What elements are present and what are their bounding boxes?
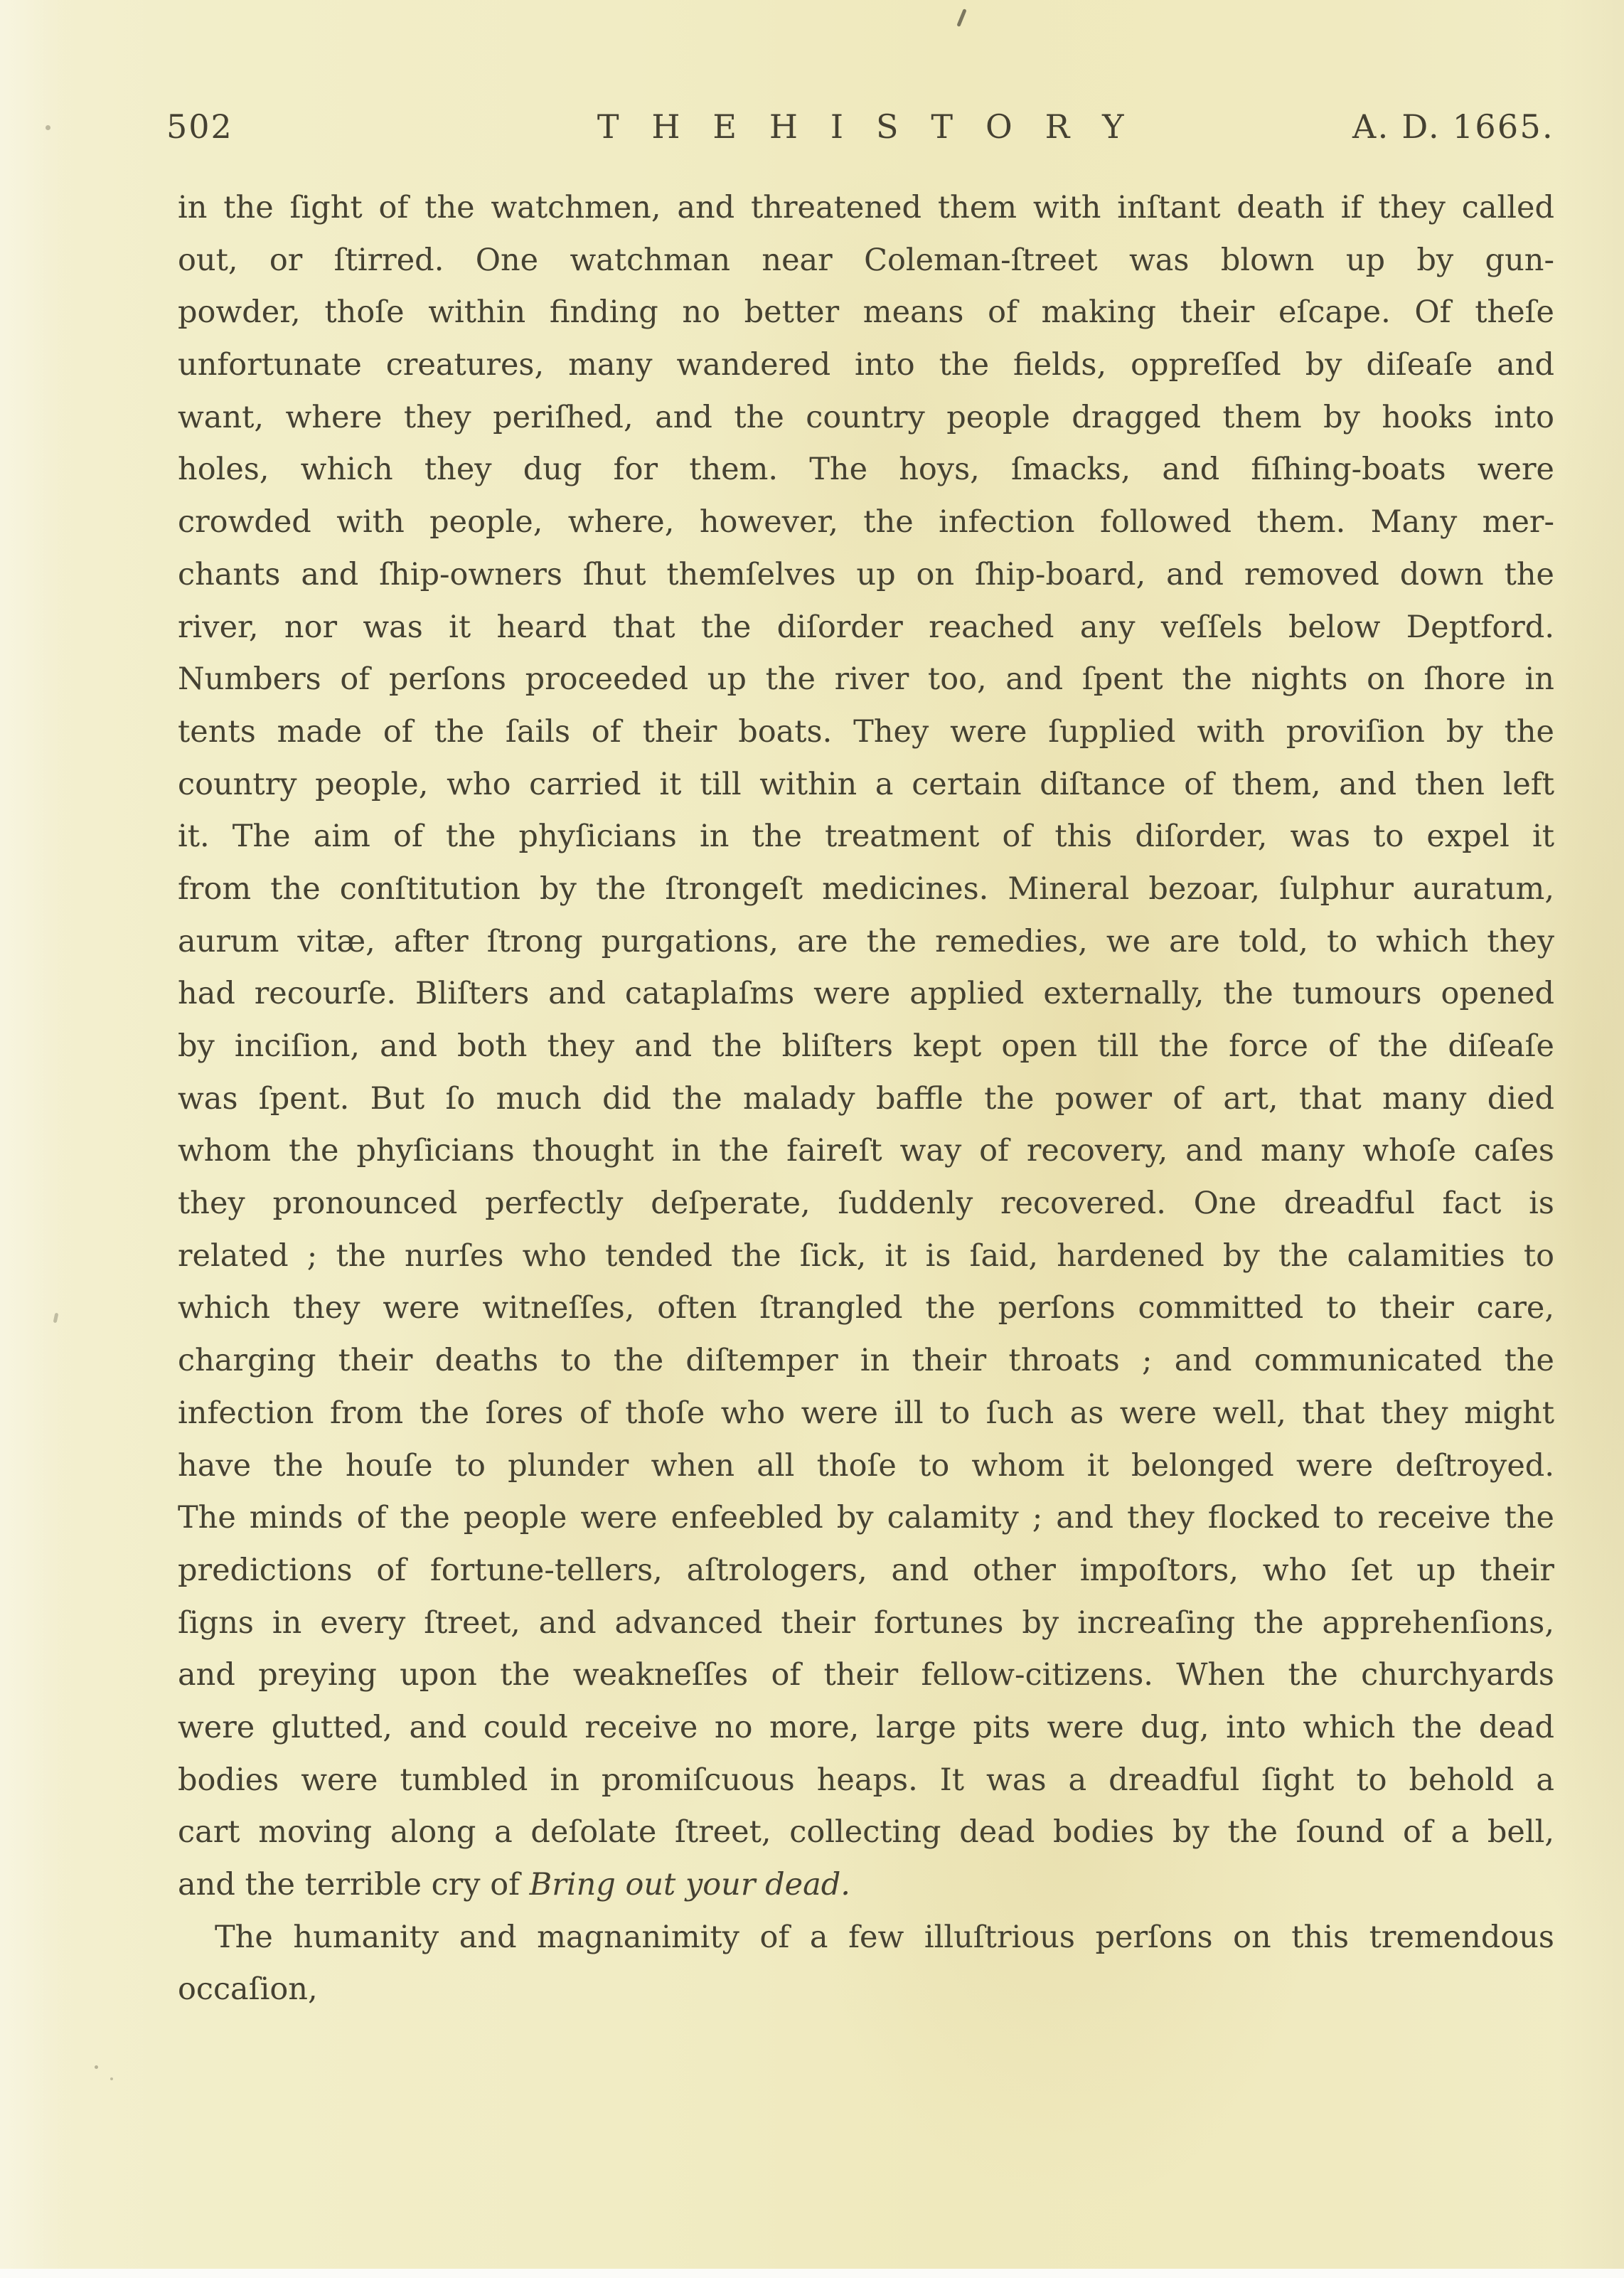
text-line: had recourſe. Bliſters and cataplaſms we… — [178, 968, 1554, 1021]
ink-speck — [46, 125, 50, 130]
text-line-closing: and the terrible cry of Bring out your d… — [178, 1859, 1554, 1912]
text-line: want, where they periſhed, and the count… — [178, 392, 1554, 445]
ink-speck — [110, 2077, 113, 2080]
ink-speck — [95, 2065, 98, 2069]
text-line: chants and ſhip-owners ſhut themſelves u… — [178, 549, 1554, 602]
text-line: Numbers of perſons proceeded up the rive… — [178, 654, 1554, 706]
text-line: charging their deaths to the diſtemper i… — [178, 1335, 1554, 1388]
paragraph-main: in the ſight of the watchmen, and threat… — [178, 182, 1554, 1859]
text-line: in the ſight of the watchmen, and threat… — [178, 182, 1554, 235]
closing-line-italic-phrase: Bring out your dead. — [530, 1867, 850, 1902]
running-head: 502 T H E H I S T O R Y A. D. 1665. — [178, 105, 1554, 148]
text-line: tents made of the ſails of their boats. … — [178, 706, 1554, 759]
page-body-text: in the ſight of the watchmen, and threat… — [178, 182, 1554, 2016]
text-line: river, nor was it heard that the diſorde… — [178, 602, 1554, 654]
running-title: T H E H I S T O R Y — [178, 105, 1554, 148]
text-line: crowded with people, where, however, the… — [178, 496, 1554, 549]
text-line: out, or ſtirred. One watchman near Colem… — [178, 235, 1554, 287]
text-line: from the conſtitution by the ſtrongeſt m… — [178, 863, 1554, 916]
text-line: predictions of fortune-tellers, aſtrolog… — [178, 1545, 1554, 1597]
closing-line-text: and the terrible cry of — [178, 1867, 530, 1902]
ink-speck — [53, 1313, 59, 1324]
text-line: holes, which they dug for them. The hoys… — [178, 444, 1554, 496]
text-line: infection from the ſores of thoſe who we… — [178, 1388, 1554, 1440]
text-line: they pronounced perfectly deſperate, ſud… — [178, 1178, 1554, 1230]
text-line: it. The aim of the phyſicians in the tre… — [178, 811, 1554, 863]
text-line: bodies were tumbled in promiſcuous heaps… — [178, 1755, 1554, 1807]
text-line: unfortunate creatures, many wandered int… — [178, 339, 1554, 392]
text-line: by inciſion, and both they and the bliſt… — [178, 1021, 1554, 1073]
text-line: country people, who carried it till with… — [178, 759, 1554, 811]
text-line: cart moving along a deſolate ſtreet, col… — [178, 1806, 1554, 1859]
ink-speck — [956, 9, 966, 27]
text-line: whom the phyſicians thought in the faire… — [178, 1125, 1554, 1178]
text-line: which they were witneſſes, often ſtrangl… — [178, 1282, 1554, 1335]
date-heading: A. D. 1665. — [1352, 105, 1554, 148]
catchword: occaſion, — [178, 1964, 1554, 2016]
text-line: powder, thoſe within finding no better m… — [178, 287, 1554, 339]
scan-edge-strip — [0, 2269, 1624, 2278]
text-line: were glutted, and could receive no more,… — [178, 1702, 1554, 1755]
text-line: and preying upon the weakneſſes of their… — [178, 1649, 1554, 1702]
text-line: was ſpent. But ſo much did the malady ba… — [178, 1073, 1554, 1126]
text-line: have the houſe to plunder when all thoſe… — [178, 1440, 1554, 1493]
book-page-scan: 502 T H E H I S T O R Y A. D. 1665. in t… — [0, 0, 1624, 2278]
text-line: ſigns in every ſtreet, and advanced thei… — [178, 1597, 1554, 1650]
text-line: aurum vitæ, after ſtrong purgations, are… — [178, 916, 1554, 969]
paragraph2-first-line: The humanity and magnanimity of a few il… — [178, 1912, 1554, 1964]
text-line: The minds of the people were enfeebled b… — [178, 1492, 1554, 1545]
text-line: related ; the nurſes who tended the ſick… — [178, 1230, 1554, 1283]
